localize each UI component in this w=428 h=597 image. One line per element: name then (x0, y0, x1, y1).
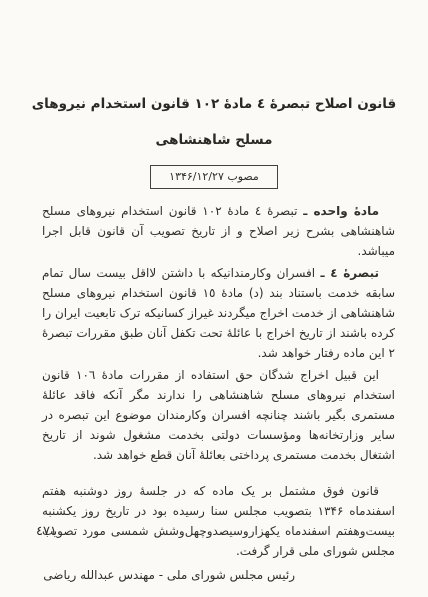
approval-stamp-wrapper: مصوب ۱۳۴۶/۱۲/۲۷ (0, 165, 428, 189)
law-title-line-2: مسلح شاهنشاهی (0, 130, 428, 150)
scanned-document-page: قانون اصلاح تبصرۀ ٤ مادۀ ١٠٢ قانون استخد… (0, 0, 428, 597)
paragraph-ratification: قانون فوق مشتمل بر یک ماده که در جلسۀ رو… (42, 481, 395, 561)
law-body: مادۀ واحده ـ تبصرۀ ٤ مادۀ ١٠٢ قانون استخ… (42, 201, 395, 561)
paragraph-dismissed-personnel: این قبیل اخراج شدگان حق استفاده از مقررا… (42, 365, 395, 465)
document-content: قانون اصلاح تبصرۀ ٤ مادۀ ١٠٢ قانون استخد… (0, 0, 428, 585)
signature-line: رئیس مجلس شورای ملی - مهندس عبدالله ریاض… (42, 565, 395, 585)
page-number: ٤٧١ (36, 524, 57, 539)
paragraph-text: قانون فوق مشتمل بر یک ماده که در جلسۀ رو… (42, 484, 395, 558)
paragraph-text: این قبیل اخراج شدگان حق استفاده از مقررا… (42, 368, 395, 462)
paragraph-madeh-vahedeh: مادۀ واحده ـ تبصرۀ ٤ مادۀ ١٠٢ قانون استخ… (42, 201, 395, 261)
approval-date-stamp: مصوب ۱۳۴۶/۱۲/۲۷ (150, 165, 278, 189)
paragraph-lead: تبصرۀ ٤ ـ (320, 266, 379, 280)
paragraph-text: افسران وکارمندانیکه با داشتن لااقل بیست … (42, 266, 395, 360)
paragraph-lead: مادۀ واحده ـ (303, 204, 379, 218)
paragraph-tabsereh-4: تبصرۀ ٤ ـ افسران وکارمندانیکه با داشتن ل… (42, 263, 395, 363)
law-title-line-1: قانون اصلاح تبصرۀ ٤ مادۀ ١٠٢ قانون استخد… (0, 94, 428, 114)
